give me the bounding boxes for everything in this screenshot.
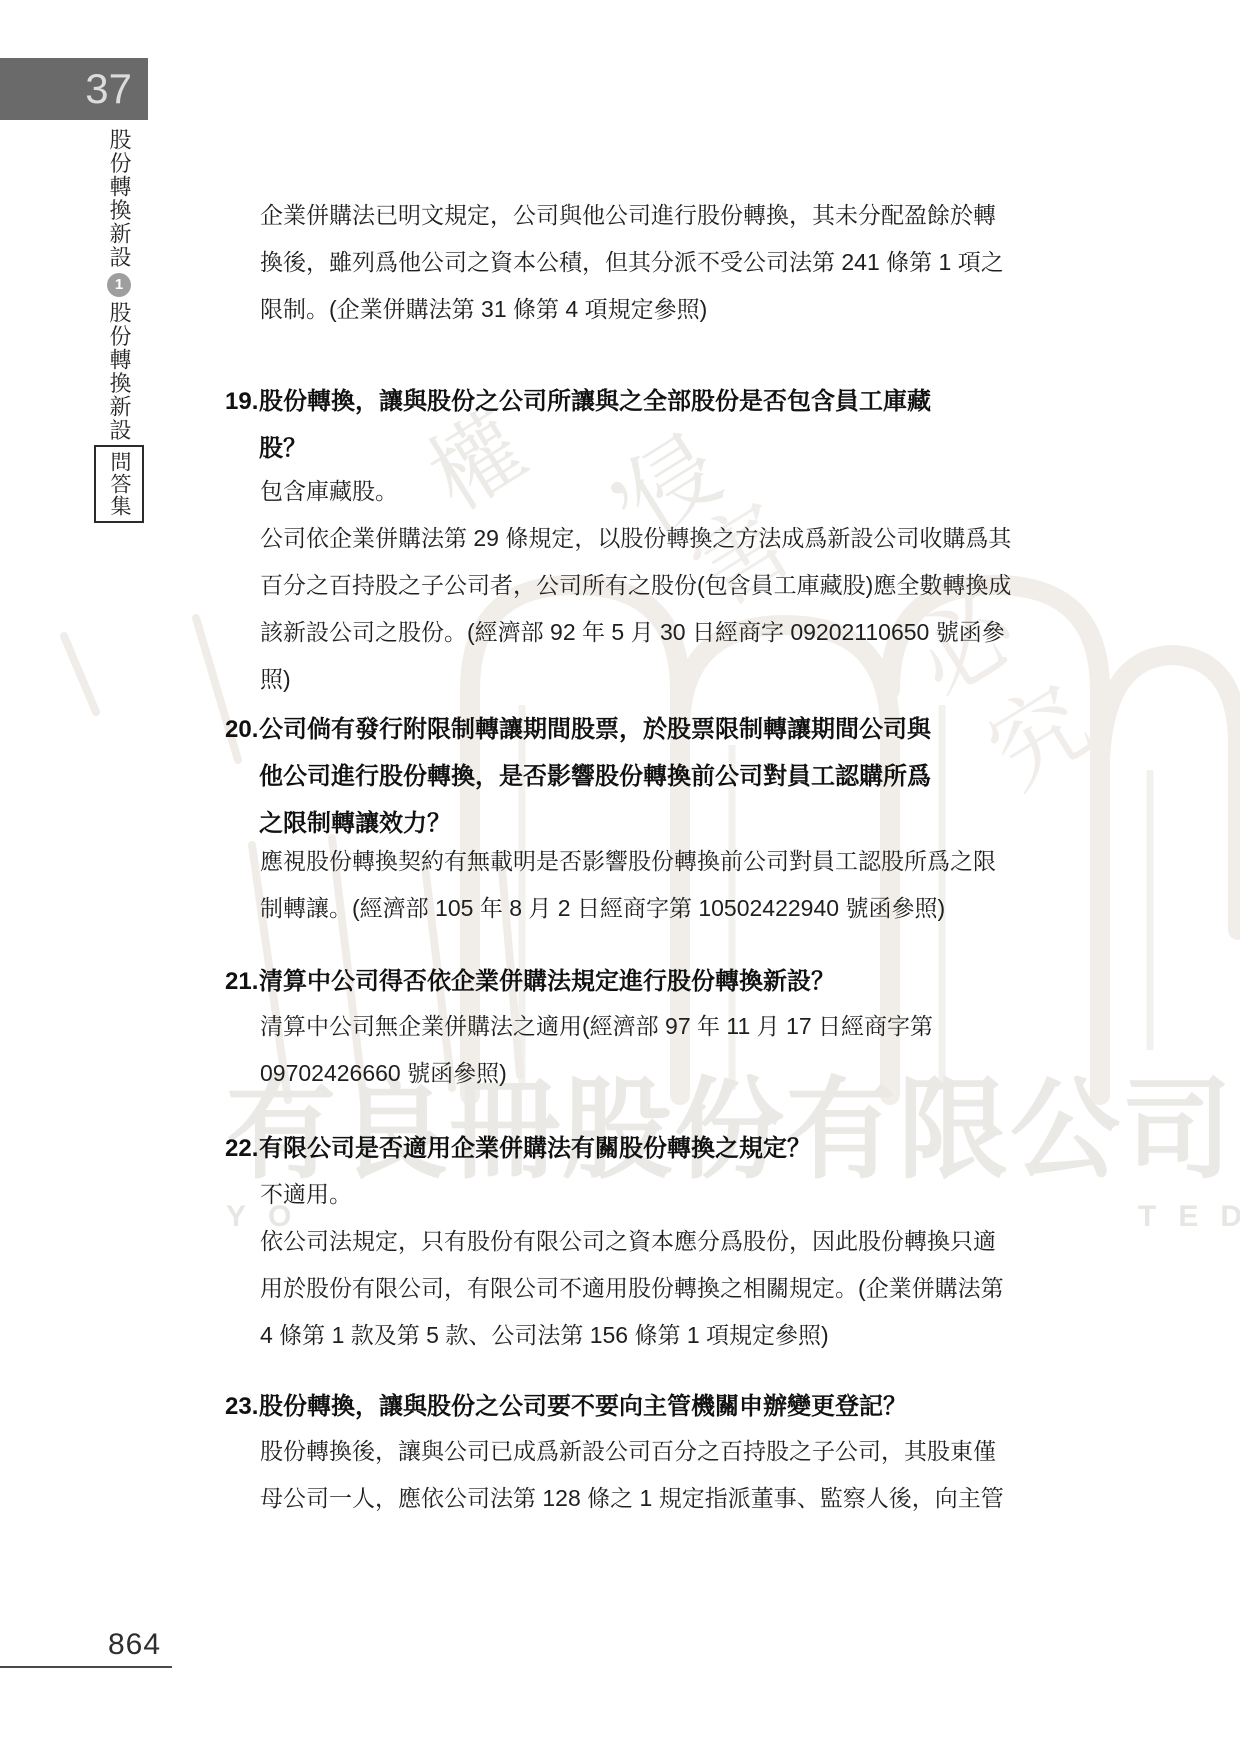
question-19: 19. 股份轉換，讓與股份之公司所讓與之全部股份是否包含員工庫藏 股？ [225,378,1025,472]
question-number: 21. [225,958,259,1005]
sidebar-title-top: 股份轉換新設 [107,128,132,269]
question-text: 清算中公司得否依企業併購法規定進行股份轉換新設？ [259,958,835,1005]
answer-23: 股份轉換後，讓與公司已成爲新設公司百分之百持股之子公司，其股東僅 母公司一人，應… [260,1428,1022,1522]
answer-19: 包含庫藏股。 公司依企業併購法第 29 條規定，以股份轉換之方法成爲新設公司收購… [260,468,1022,703]
question-20: 20. 公司倘有發行附限制轉讓期間股票，於股票限制轉讓期間公司與 他公司進行股份… [225,706,1025,847]
answer-20: 應視股份轉換契約有無載明是否影響股份轉換前公司對員工認股所爲之限 制轉讓。(經濟… [260,838,1022,932]
intro-paragraph: 企業併購法已明文規定，公司與他公司進行股份轉換，其未分配盈餘於轉 換後，雖列爲他… [260,192,1022,333]
question-22: 22. 有限公司是否適用企業併購法有關股份轉換之規定？ [225,1125,1025,1172]
question-number: 20. [225,706,259,847]
question-number: 19. [225,378,259,472]
sidebar-title-bottom: 股份轉換新設 [107,301,132,442]
chapter-number: 37 [85,58,132,120]
book-page: 權 ， 侵 害 必 究 有良冊股份有限公司 YO TED 37 股份轉換新設1股… [0,0,1240,1739]
question-number: 22. [225,1125,259,1172]
footer-rule [0,1666,172,1668]
sidebar-vertical-title: 股份轉換新設1股份轉換新設問答集 [94,128,144,523]
question-text: 股份轉換，讓與股份之公司所讓與之全部股份是否包含員工庫藏 股？ [259,378,931,472]
question-number: 23. [225,1383,259,1430]
question-23: 23. 股份轉換，讓與股份之公司要不要向主管機關申辦變更登記？ [225,1383,1025,1430]
chapter-number-box: 37 [0,58,148,120]
sidebar-subtitle-boxed: 問答集 [94,445,144,523]
question-21: 21. 清算中公司得否依企業併購法規定進行股份轉換新設？ [225,958,1025,1005]
page-number: 864 [108,1628,161,1662]
sidebar-badge-number: 1 [107,273,131,297]
question-text: 公司倘有發行附限制轉讓期間股票，於股票限制轉讓期間公司與 他公司進行股份轉換，是… [259,706,931,847]
question-text: 有限公司是否適用企業併購法有關股份轉換之規定？ [259,1125,811,1172]
watermark-latin-right: TED [1138,1202,1240,1232]
question-text: 股份轉換，讓與股份之公司要不要向主管機關申辦變更登記？ [259,1383,907,1430]
answer-21: 清算中公司無企業併購法之適用(經濟部 97 年 11 月 17 日經商字第 09… [260,1003,1022,1097]
answer-22: 不適用。 依公司法規定，只有股份有限公司之資本應分爲股份，因此股份轉換只適 用於… [260,1171,1022,1359]
